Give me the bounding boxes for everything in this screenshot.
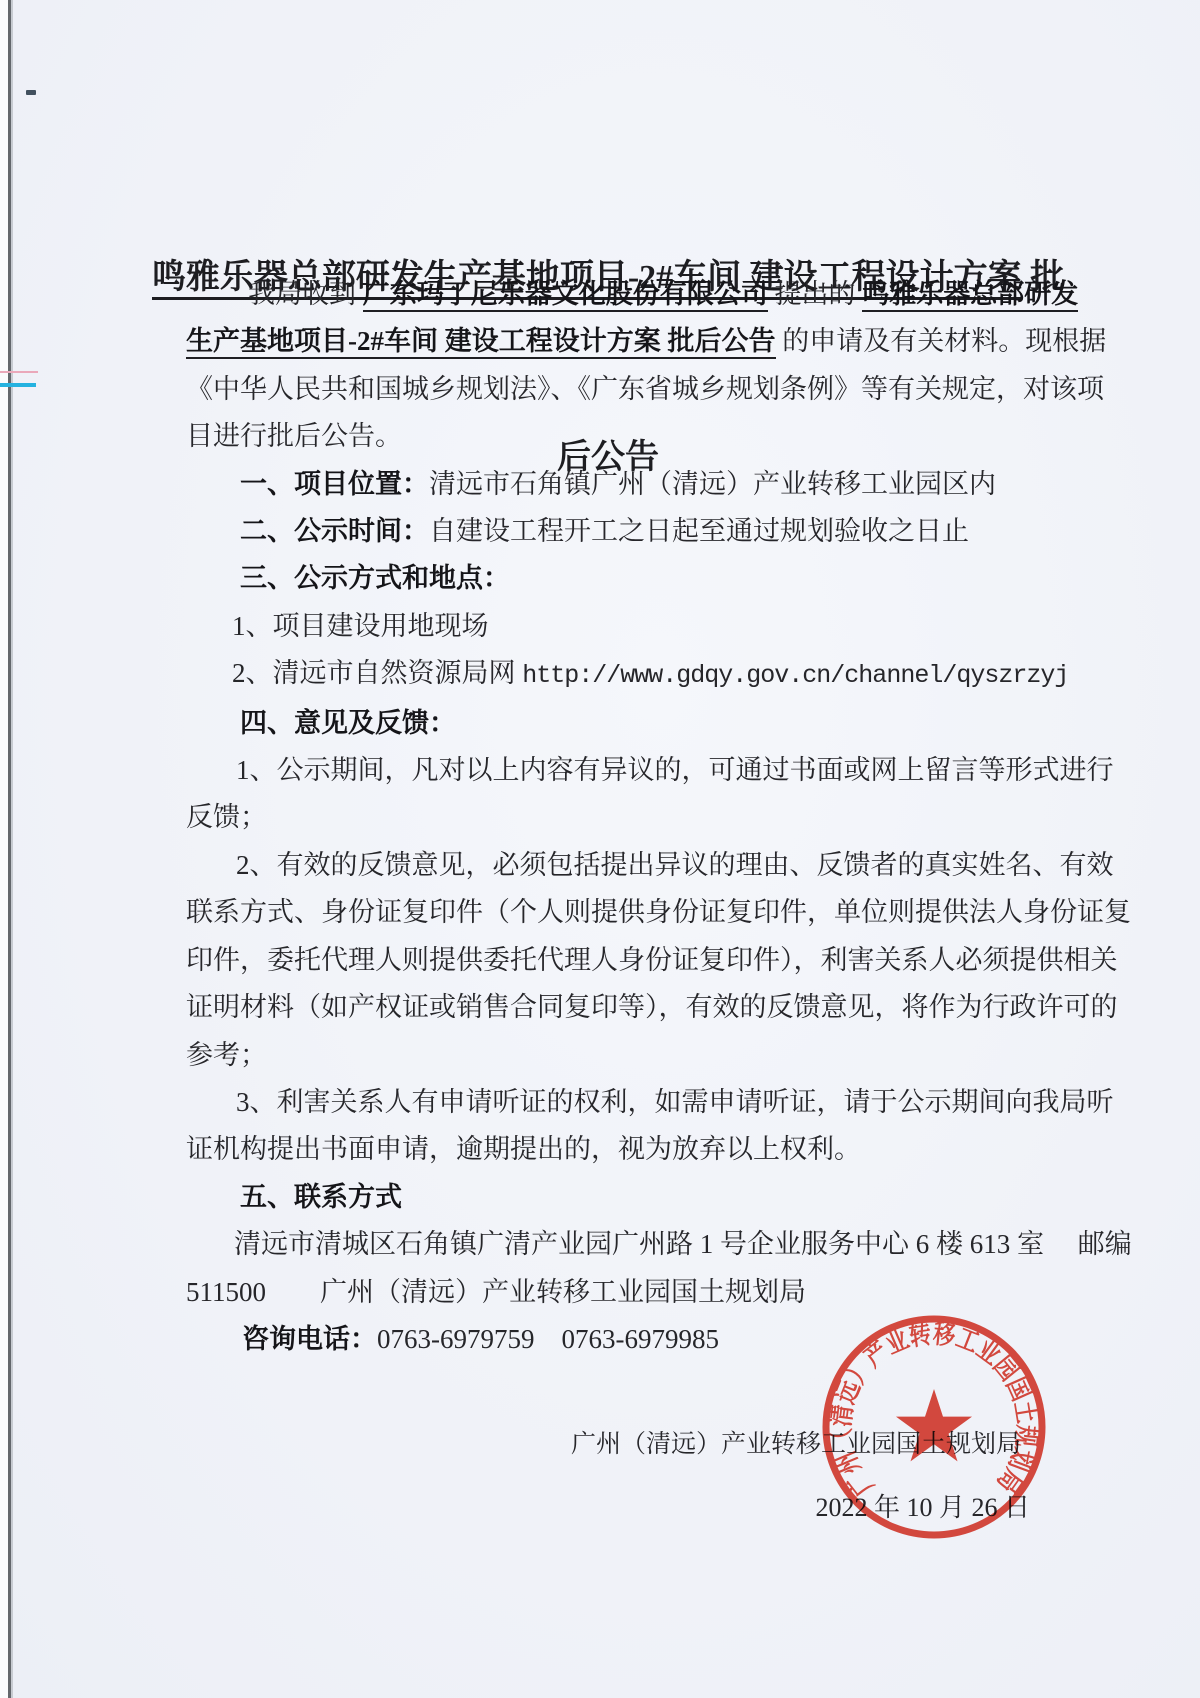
text-segment: 1、项目建设用地现场: [232, 611, 489, 641]
body-line: 四、意见及反馈：: [186, 700, 1118, 747]
text-segment: 参考；: [186, 1040, 267, 1070]
seal-star: [896, 1389, 972, 1461]
text-segment: 3、利害关系人有申请听证的权利，如需申请听证，请于公示期间向我局听: [236, 1087, 1114, 1117]
text-segment: 清远市石角镇广州（清远）产业转移工业园区内: [429, 469, 996, 499]
body-line: 联系方式、身份证复印件（个人则提供身份证复印件，单位则提供法人身份证复: [186, 889, 1118, 936]
body-line: 参考；: [186, 1032, 1118, 1079]
text-segment: 2、有效的反馈意见，必须包括提出异议的理由、反馈者的真实姓名、有效: [236, 850, 1114, 880]
text-segment: 反馈；: [186, 802, 267, 832]
text-segment: 鸣雅乐器总部研发: [862, 279, 1078, 312]
scan-edge-line-light: [11, 0, 13, 1698]
text-segment: 目进行批后公告。: [186, 421, 402, 451]
scan-mark-dark: [26, 90, 36, 95]
text-segment: 2、清远市自然资源局网: [232, 658, 522, 688]
scanned-page: 鸣雅乐器总部研发生产基地项目-2#车间 建设工程设计方案 批 后公告 我局收到 …: [0, 0, 1200, 1698]
text-segment: 我局收到: [248, 279, 363, 309]
body-line: 三、公示方式和地点：: [186, 555, 1118, 602]
body-line: 1、公示期间，凡对以上内容有异议的，可通过书面或网上留言等形式进行: [186, 747, 1118, 794]
body-line: 我局收到 广东玛丁尼乐器文化股份有限公司 提出的 鸣雅乐器总部研发: [186, 271, 1118, 318]
text-segment: 广东玛丁尼乐器文化股份有限公司: [363, 279, 768, 312]
body-line: 印件，委托代理人则提供委托代理人身份证复印件），利害关系人必须提供相关: [186, 937, 1118, 984]
text-segment: 三、公示方式和地点：: [240, 563, 510, 593]
document-body: 我局收到 广东玛丁尼乐器文化股份有限公司 提出的 鸣雅乐器总部研发生产基地项目-…: [186, 271, 1118, 1363]
body-line: 一、项目位置：清远市石角镇广州（清远）产业转移工业园区内: [186, 461, 1118, 508]
text-segment: 的申请及有关材料。现根据: [776, 326, 1107, 356]
scan-edge-strip: [0, 0, 8, 1698]
text-segment: 511500 广州（清远）产业转移工业园国土规划局: [186, 1277, 806, 1307]
body-line: 1、项目建设用地现场: [186, 603, 1118, 650]
body-line: 证机构提出书面申请，逾期提出的，视为放弃以上权利。: [186, 1126, 1118, 1173]
body-line: 五、联系方式: [186, 1174, 1118, 1221]
body-line: 2、清远市自然资源局网 http://www.gdqy.gov.cn/chann…: [186, 650, 1118, 699]
body-line: 生产基地项目-2#车间 建设工程设计方案 批后公告 的申请及有关材料。现根据: [186, 318, 1118, 365]
text-segment: 提出的: [768, 279, 863, 309]
body-line: 证明材料（如产权证或销售合同复印等），有效的反馈意见，将作为行政许可的: [186, 984, 1118, 1031]
text-segment: 证明材料（如产权证或销售合同复印等），有效的反馈意见，将作为行政许可的: [186, 992, 1118, 1022]
body-line: 511500 广州（清远）产业转移工业园国土规划局: [186, 1269, 1118, 1316]
text-segment: 四、意见及反馈：: [240, 708, 456, 738]
text-segment: 《中华人民共和国城乡规划法》、《广东省城乡规划条例》等有关规定，对该项: [186, 374, 1104, 404]
text-segment: 0763-6979759 0763-6979985: [377, 1324, 719, 1354]
text-segment: http://www.gdqy.gov.cn/channel/qyszrzyj: [522, 661, 1068, 690]
body-line: 目进行批后公告。: [186, 413, 1118, 460]
text-segment: 五、联系方式: [240, 1182, 402, 1212]
body-line: 清远市清城区石角镇广清产业园广州路 1 号企业服务中心 6 楼 613 室 邮编: [186, 1221, 1118, 1268]
body-line: 二、公示时间：自建设工程开工之日起至通过规划验收之日止: [186, 508, 1118, 555]
text-segment: 清远市清城区石角镇广清产业园广州路 1 号企业服务中心 6 楼 613 室 邮编: [234, 1229, 1132, 1259]
official-seal: 广州（清远）产业转移工业园国土规划局: [818, 1311, 1050, 1543]
text-segment: 1、公示期间，凡对以上内容有异议的，可通过书面或网上留言等形式进行: [236, 755, 1114, 785]
text-segment: 自建设工程开工之日起至通过规划验收之日止: [429, 516, 969, 546]
body-line: 《中华人民共和国城乡规划法》、《广东省城乡规划条例》等有关规定，对该项: [186, 366, 1118, 413]
body-line: 反馈；: [186, 794, 1118, 841]
text-segment: 一、项目位置：: [240, 469, 429, 499]
text-segment: 咨询电话：: [242, 1324, 377, 1354]
scan-mark-pink: [0, 371, 38, 373]
body-line: 3、利害关系人有申请听证的权利，如需申请听证，请于公示期间向我局听: [186, 1079, 1118, 1126]
body-line: 2、有效的反馈意见，必须包括提出异议的理由、反馈者的真实姓名、有效: [186, 842, 1118, 889]
text-segment: 二、公示时间：: [240, 516, 429, 546]
text-segment: 生产基地项目-2#车间 建设工程设计方案 批后公告: [186, 326, 776, 359]
scan-mark-cyan: [0, 383, 36, 387]
text-segment: 证机构提出书面申请，逾期提出的，视为放弃以上权利。: [186, 1134, 861, 1164]
text-segment: 印件，委托代理人则提供委托代理人身份证复印件），利害关系人必须提供相关: [186, 945, 1118, 975]
text-segment: 联系方式、身份证复印件（个人则提供身份证复印件，单位则提供法人身份证复: [186, 897, 1131, 927]
